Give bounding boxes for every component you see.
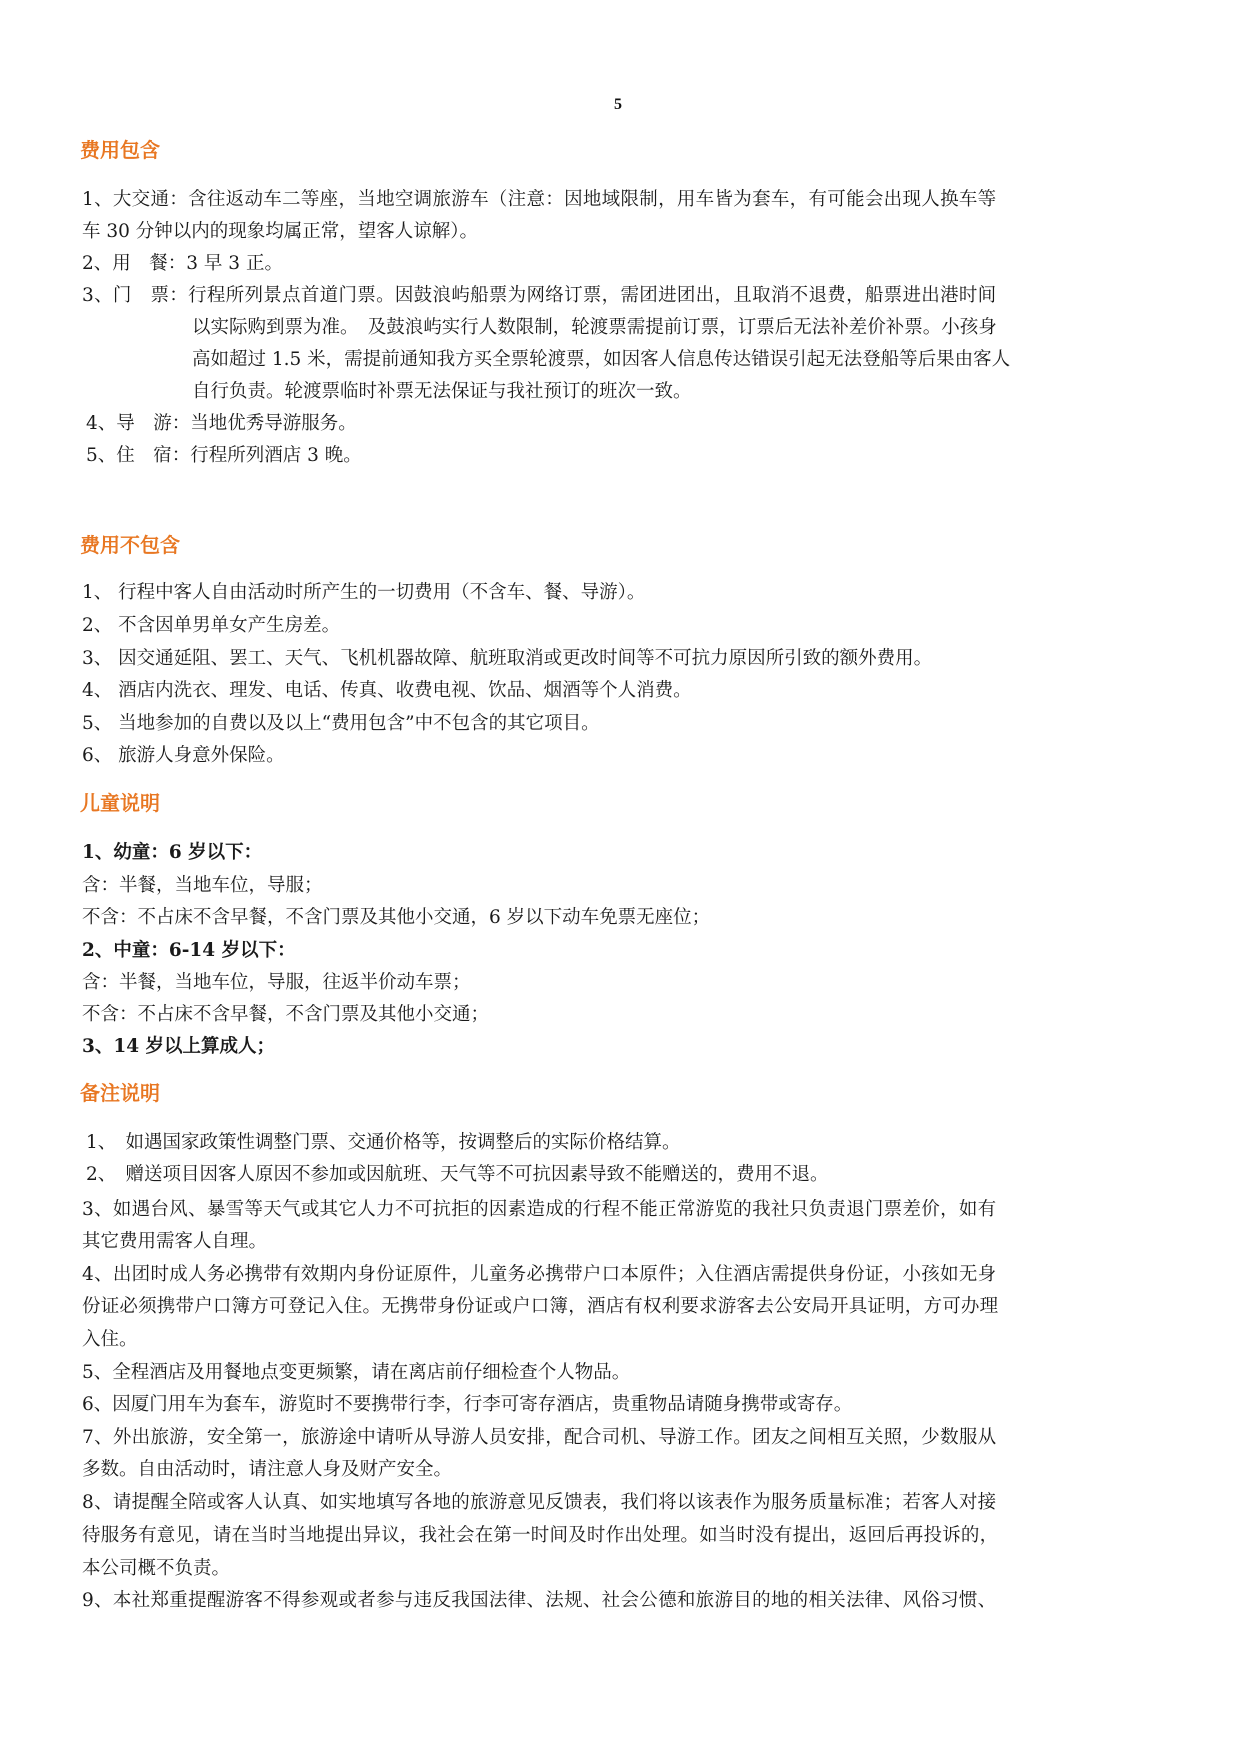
heading-included: 费用包含 — [80, 134, 160, 163]
heading-notes: 备注说明 — [80, 1077, 160, 1106]
children-line-infant-title: 1、幼童：6 岁以下： — [82, 840, 262, 866]
page-number: 5 — [0, 96, 1236, 114]
notes-line: 6、因厦门用车为套车，游览时不要携带行李，行李可寄存酒店，贵重物品请随身携带或寄… — [82, 1392, 852, 1418]
included-line: 1、大交通：含往返动车二等座，当地空调旅游车（注意：因地域限制，用车皆为套车，有… — [82, 187, 996, 213]
notes-line: 其它费用需客人自理。 — [82, 1229, 267, 1255]
children-line-adult-title: 3、14 岁以上算成人； — [82, 1034, 275, 1060]
notes-line: 9、本社郑重提醒游客不得参观或者参与违反我国法律、法规、社会公德和旅游目的地的相… — [82, 1588, 996, 1614]
excluded-line: 3、 因交通延阻、罢工、天气、飞机机器故障、航班取消或更改时间等不可抗力原因所引… — [82, 646, 932, 672]
included-line: 以实际购到票为准。 及鼓浪屿实行人数限制，轮渡票需提前订票，订票后无法补差价补票… — [192, 315, 997, 341]
included-line: 自行负责。轮渡票临时补票无法保证与我社预订的班次一致。 — [192, 379, 692, 405]
children-line: 不含：不占床不含早餐，不含门票及其他小交通； — [82, 1002, 489, 1028]
children-line: 含：半餐，当地车位，导服； — [82, 873, 323, 899]
notes-line: 本公司概不负责。 — [82, 1556, 230, 1582]
notes-line: 待服务有意见，请在当时当地提出异议，我社会在第一时间及时作出处理。如当时没有提出… — [82, 1523, 998, 1549]
included-line: 4、导 游：当地优秀导游服务。 — [86, 411, 357, 437]
excluded-line: 2、 不含因单男单女产生房差。 — [82, 613, 340, 639]
excluded-line: 6、 旅游人身意外保险。 — [82, 743, 285, 769]
included-line: 3、门 票：行程所列景点首道门票。因鼓浪屿船票为网络订票，需团进团出，且取消不退… — [82, 283, 996, 309]
children-line-child-title: 2、中童：6-14 岁以下： — [82, 938, 296, 964]
excluded-line: 4、 酒店内洗衣、理发、电话、传真、收费电视、饮品、烟酒等个人消费。 — [82, 678, 692, 704]
notes-line: 4、出团时成人务必携带有效期内身份证原件，儿童务必携带户口本原件；入住酒店需提供… — [82, 1262, 996, 1288]
notes-line: 3、如遇台风、暴雪等天气或其它人力不可抗拒的因素造成的行程不能正常游览的我社只负… — [82, 1197, 996, 1223]
children-line: 含：半餐，当地车位，导服，往返半价动车票； — [82, 970, 471, 996]
notes-line: 1、 如遇国家政策性调整门票、交通价格等，按调整后的实际价格结算。 — [86, 1130, 681, 1156]
notes-line: 2、 赠送项目因客人原因不参加或因航班、天气等不可抗因素导致不能赠送的，费用不退… — [86, 1162, 829, 1188]
included-line: 车 30 分钟以内的现象均属正常，望客人谅解）。 — [82, 219, 478, 245]
included-line: 5、住 宿：行程所列酒店 3 晚。 — [86, 443, 362, 469]
notes-line: 8、请提醒全陪或客人认真、如实地填写各地的旅游意见反馈表，我们将以该表作为服务质… — [82, 1490, 996, 1516]
notes-line: 份证必须携带户口簿方可登记入住。无携带身份证或户口簿，酒店有权利要求游客去公安局… — [82, 1294, 998, 1320]
notes-line: 多数。自由活动时，请注意人身及财产安全。 — [82, 1457, 452, 1483]
notes-line: 7、外出旅游，安全第一，旅游途中请听从导游人员安排，配合司机、导游工作。团友之间… — [82, 1425, 996, 1451]
heading-excluded: 费用不包含 — [80, 529, 180, 558]
excluded-line: 5、 当地参加的自费以及以上“费用包含”中不包含的其它项目。 — [82, 711, 600, 737]
included-line: 2、用 餐：3 早 3 正。 — [82, 251, 283, 277]
notes-line: 5、全程酒店及用餐地点变更频繁，请在离店前仔细检查个人物品。 — [82, 1360, 630, 1386]
included-line: 高如超过 1.5 米，需提前通知我方买全票轮渡票，如因客人信息传达错误引起无法登… — [192, 347, 1010, 373]
notes-line: 入住。 — [82, 1327, 138, 1353]
excluded-line: 1、 行程中客人自由活动时所产生的一切费用（不含车、餐、导游）。 — [82, 580, 645, 606]
children-line: 不含：不占床不含早餐，不含门票及其他小交通，6 岁以下动车免票无座位； — [82, 905, 710, 931]
heading-children: 儿童说明 — [80, 787, 160, 816]
